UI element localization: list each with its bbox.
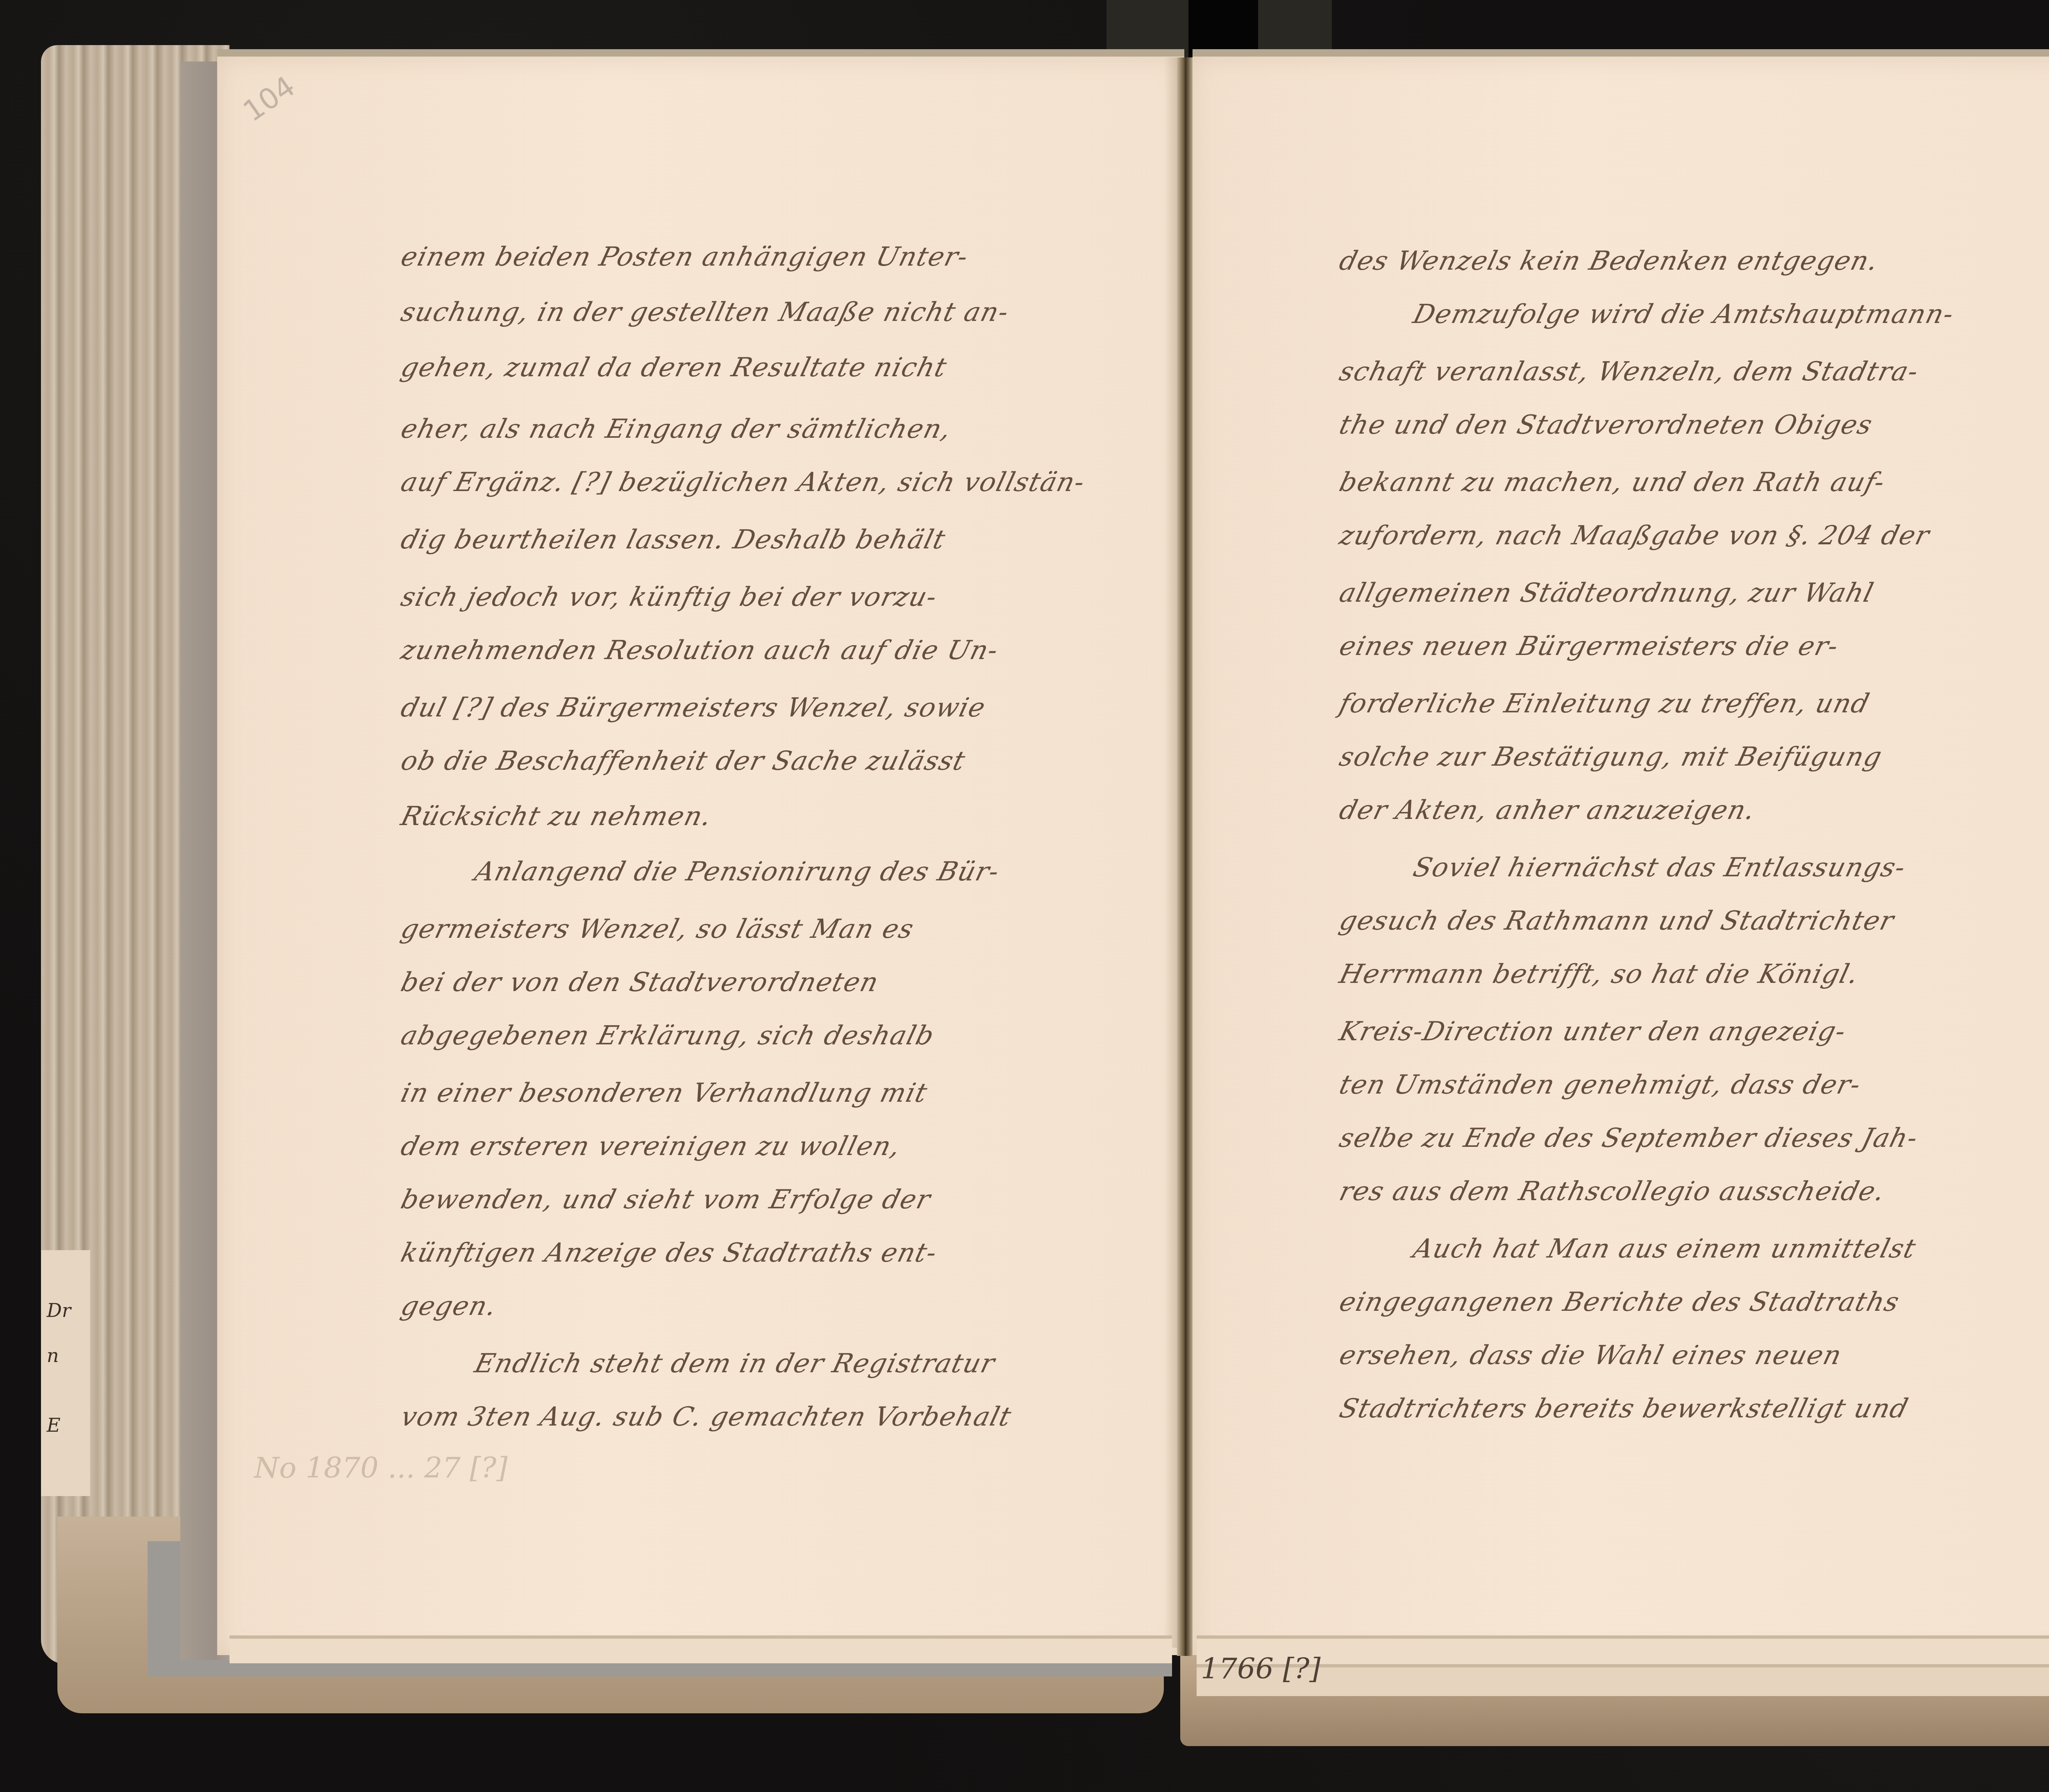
manuscript-line: selbe zu Ende des September dieses Jah- (1336, 1123, 1922, 1153)
manuscript-line: Stadtrichters bereits bewerkstelligt und (1336, 1394, 1912, 1424)
manuscript-line: Anlangend die Pensionirung des Bür- (472, 857, 1003, 887)
manuscript-line: dig beurtheilen lassen. Deshalb behält (398, 525, 949, 555)
faint-bottom-annotation: No 1870 ... 27 [?] (254, 1451, 508, 1485)
manuscript-line: des Wenzels kein Bedenken entgegen. (1336, 246, 1882, 276)
manuscript-line: Endlich steht dem in der Registratur (472, 1349, 998, 1379)
left-folded-slip (229, 1635, 1172, 1663)
manuscript-line: allgemeinen Städteordnung, zur Wahl (1336, 578, 1877, 608)
manuscript-line: in einer besonderen Verhandlung mit (398, 1078, 931, 1108)
manuscript-line: res aus dem Rathscollegio ausscheide. (1336, 1176, 1888, 1207)
manuscript-line: einem beiden Posten anhängigen Unter- (398, 242, 972, 272)
manuscript-line: forderliche Einleitung zu treffen, und (1336, 689, 1873, 719)
manuscript-line: ersehen, dass die Wahl eines neuen (1336, 1340, 1845, 1371)
manuscript-line: the und den Stadtverordneten Obiges (1336, 410, 1876, 440)
manuscript-line: Herrmann betrifft, so hat die Königl. (1336, 959, 1862, 989)
manuscript-line: Demzufolge wird die Amtshauptmann- (1410, 299, 1958, 330)
manuscript-line: gesuch des Rathmann und Stadtrichter (1336, 906, 1898, 936)
manuscript-line: bei der von den Stadtverordneten (398, 967, 882, 998)
manuscript-line: Kreis-Direction unter den angezeig- (1336, 1017, 1849, 1047)
left-margin-scrap: Dr n E (41, 1250, 90, 1496)
manuscript-line: zunehmenden Resolution auch auf die Un- (398, 635, 1002, 666)
manuscript-line: Rücksicht zu nehmen. (398, 801, 716, 832)
right-folded-slip-lower (1197, 1664, 2049, 1696)
manuscript-line: sich jedoch vor, künftig bei der vorzu- (398, 582, 940, 612)
manuscript-line: vom 3ten Aug. sub C. gemachten Vorbehalt (398, 1402, 1015, 1432)
manuscript-line: bewenden, und sieht vom Erfolge der (398, 1185, 934, 1215)
manuscript-line: dem ersteren vereinigen zu wollen, (398, 1131, 904, 1162)
manuscript-line: der Akten, anher anzuzeigen. (1336, 795, 1759, 826)
manuscript-line: Auch hat Man aus einem unmittelst (1410, 1234, 1920, 1264)
manuscript-line: Soviel hiernächst das Entlassungs- (1410, 853, 1909, 883)
manuscript-line: eingegangenen Berichte des Stadtraths (1336, 1287, 1903, 1317)
manuscript-line: suchung, in der gestellten Maaße nicht a… (398, 297, 1012, 327)
margin-fragment: Dr (47, 1299, 71, 1321)
book-gutter (1177, 57, 1193, 1656)
manuscript-line: eher, als nach Eingang der sämtlichen, (398, 414, 955, 444)
manuscript-line: auf Ergänz. [?] bezüglichen Akten, sich … (398, 467, 1088, 498)
manuscript-line: künftigen Anzeige des Stadtraths ent- (398, 1238, 940, 1268)
manuscript-line: zufordern, nach Maaßgabe von §. 204 der (1336, 521, 1933, 551)
manuscript-line: ob die Beschaffenheit der Sache zulässt (398, 746, 969, 776)
manuscript-line: abgegebenen Erklärung, sich deshalb (398, 1021, 938, 1051)
manuscript-line: solche zur Bestätigung, mit Beifügung (1336, 742, 1885, 772)
manuscript-line: ten Umständen genehmigt, dass der- (1336, 1070, 1864, 1100)
margin-fragment: E (47, 1414, 61, 1436)
manuscript-line: germeisters Wenzel, so lässt Man es (398, 914, 918, 944)
manuscript-line: gegen. (398, 1291, 500, 1321)
margin-fragment: n (47, 1344, 59, 1367)
manuscript-line: schaft veranlasst, Wenzeln, dem Stadtra- (1336, 357, 1922, 387)
bottom-slip-fragment: 1766 [?] (1201, 1652, 1321, 1685)
manuscript-line: eines neuen Bürgermeisters die er- (1336, 631, 1842, 662)
manuscript-line: bekannt zu machen, und den Rath auf- (1336, 467, 1888, 498)
spine-top-right (1258, 0, 1332, 57)
manuscript-line: gehen, zumal da deren Resultate nicht (398, 352, 950, 383)
right-folded-slip (1197, 1635, 2049, 1667)
manuscript-line: dul [?] des Bürgermeisters Wenzel, sowie (398, 693, 989, 723)
